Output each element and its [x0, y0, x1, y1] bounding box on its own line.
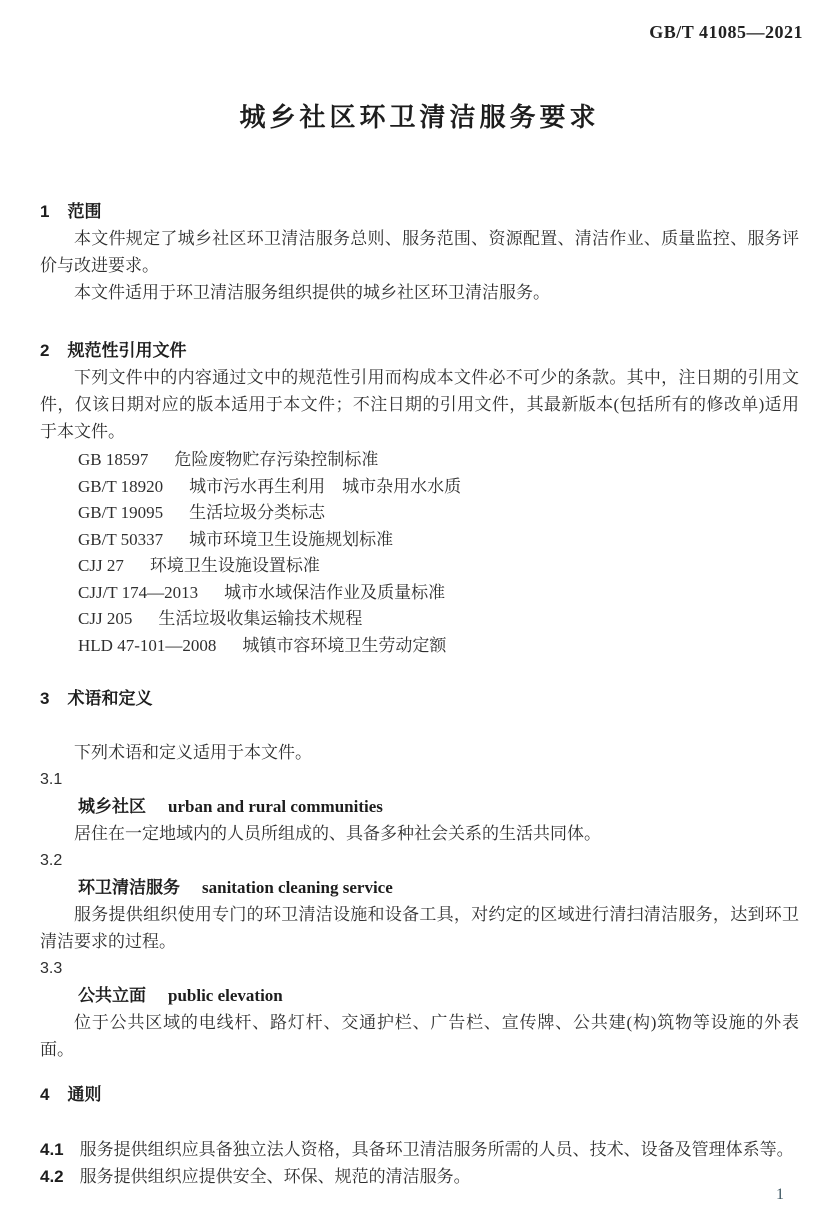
- term-name-zh: 城乡社区: [78, 797, 146, 816]
- term-title-line: 环卫清洁服务sanitation cleaning service: [40, 874, 799, 901]
- section-1-heading: 1范围: [40, 198, 799, 225]
- section-4-number: 4: [40, 1085, 49, 1104]
- section-1-paragraph-1: 本文件规定了城乡社区环卫清洁服务总则、服务范围、资源配置、清洁作业、质量监控、服…: [40, 225, 799, 279]
- reference-title: 环境卫生设施设置标准: [150, 556, 320, 575]
- reference-title: 危险废物贮存污染控制标准: [174, 450, 378, 469]
- term-definition: 服务提供组织使用专门的环卫清洁设施和设备工具，对约定的区域进行清扫清洁服务，达到…: [40, 901, 799, 955]
- term-name-en: sanitation cleaning service: [202, 878, 393, 897]
- term-id: 3.3: [40, 955, 799, 982]
- standard-number: GB/T 41085—2021: [649, 22, 803, 43]
- reference-title: 城市水域保洁作业及质量标准: [224, 583, 445, 602]
- clause-text: 服务提供组织应具备独立法人资格，具备环卫清洁服务所需的人员、技术、设备及管理体系…: [80, 1140, 794, 1159]
- section-2-heading: 2规范性引用文件: [40, 337, 799, 364]
- term-id: 3.2: [40, 847, 799, 874]
- term-name-en: public elevation: [168, 986, 283, 1005]
- clause-number: 4.1: [40, 1136, 64, 1163]
- reference-item: HLD 47-101—2008城镇市容环境卫生劳动定额: [78, 633, 799, 660]
- reference-title: 城市环境卫生设施规划标准: [189, 530, 393, 549]
- section-3-number: 3: [40, 689, 49, 708]
- term-entry-3-2: 3.2 环卫清洁服务sanitation cleaning service 服务…: [40, 847, 799, 955]
- term-id: 3.1: [40, 766, 799, 793]
- section-2-title: 规范性引用文件: [67, 341, 186, 360]
- term-definition: 位于公共区域的电线杆、路灯杆、交通护栏、广告栏、宣传牌、公共建(构)筑物等设施的…: [40, 1009, 799, 1063]
- term-title-line: 城乡社区urban and rural communities: [40, 793, 799, 820]
- reference-item: CJJ 205生活垃圾收集运输技术规程: [78, 606, 799, 633]
- page-number: 1: [776, 1186, 784, 1204]
- reference-item: GB/T 19095生活垃圾分类标志: [78, 500, 799, 527]
- term-title-line: 公共立面public elevation: [40, 982, 799, 1009]
- document-title: 城乡社区环卫清洁服务要求: [0, 0, 839, 134]
- reference-code: GB/T 19095: [78, 500, 163, 527]
- reference-code: CJJ 27: [78, 553, 124, 580]
- clause-4-1: 4.1服务提供组织应具备独立法人资格，具备环卫清洁服务所需的人员、技术、设备及管…: [40, 1136, 799, 1163]
- term-entry-3-1: 3.1 城乡社区urban and rural communities 居住在一…: [40, 766, 799, 847]
- reference-title: 生活垃圾收集运输技术规程: [158, 609, 362, 628]
- section-4-title: 通则: [67, 1085, 101, 1104]
- section-1-number: 1: [40, 202, 49, 221]
- term-name-zh: 公共立面: [78, 986, 146, 1005]
- section-3-title: 术语和定义: [67, 689, 152, 708]
- term-name-en: urban and rural communities: [168, 797, 383, 816]
- document-page: GB/T 41085—2021 城乡社区环卫清洁服务要求 1范围 本文件规定了城…: [0, 0, 839, 1229]
- reference-item: GB/T 50337城市环境卫生设施规划标准: [78, 527, 799, 554]
- reference-item: GB/T 18920城市污水再生利用 城市杂用水水质: [78, 474, 799, 501]
- reference-item: GB 18597危险废物贮存污染控制标准: [78, 447, 799, 474]
- clause-text: 服务提供组织应提供安全、环保、规范的清洁服务。: [80, 1167, 471, 1186]
- section-2-intro: 下列文件中的内容通过文中的规范性引用而构成本文件必不可少的条款。其中，注日期的引…: [40, 364, 799, 445]
- clause-number: 4.2: [40, 1163, 64, 1190]
- reference-code: CJJ 205: [78, 606, 132, 633]
- section-3-intro: 下列术语和定义适用于本文件。: [40, 739, 799, 766]
- section-3-heading: 3术语和定义: [40, 685, 799, 712]
- reference-item: CJJ 27环境卫生设施设置标准: [78, 553, 799, 580]
- reference-code: GB/T 18920: [78, 474, 163, 501]
- reference-title: 城镇市容环境卫生劳动定额: [242, 636, 446, 655]
- section-4-clauses: 4.1服务提供组织应具备独立法人资格，具备环卫清洁服务所需的人员、技术、设备及管…: [40, 1136, 799, 1190]
- reference-title: 生活垃圾分类标志: [189, 503, 325, 522]
- reference-code: GB/T 50337: [78, 527, 163, 554]
- document-body: 1范围 本文件规定了城乡社区环卫清洁服务总则、服务范围、资源配置、清洁作业、质量…: [0, 198, 839, 1190]
- reference-item: CJJ/T 174—2013城市水域保洁作业及质量标准: [78, 580, 799, 607]
- reference-code: GB 18597: [78, 447, 148, 474]
- section-1-title: 范围: [67, 202, 101, 221]
- clause-4-2: 4.2服务提供组织应提供安全、环保、规范的清洁服务。: [40, 1163, 799, 1190]
- reference-list: GB 18597危险废物贮存污染控制标准 GB/T 18920城市污水再生利用 …: [40, 447, 799, 659]
- reference-code: HLD 47-101—2008: [78, 633, 216, 660]
- term-name-zh: 环卫清洁服务: [78, 878, 180, 897]
- reference-code: CJJ/T 174—2013: [78, 580, 198, 607]
- reference-title: 城市污水再生利用 城市杂用水水质: [189, 477, 461, 496]
- section-2-number: 2: [40, 341, 49, 360]
- term-definition: 居住在一定地域内的人员所组成的、具备多种社会关系的生活共同体。: [40, 820, 799, 847]
- section-1-paragraph-2: 本文件适用于环卫清洁服务组织提供的城乡社区环卫清洁服务。: [40, 279, 799, 306]
- term-entry-3-3: 3.3 公共立面public elevation 位于公共区域的电线杆、路灯杆、…: [40, 955, 799, 1063]
- section-4-heading: 4通则: [40, 1081, 799, 1108]
